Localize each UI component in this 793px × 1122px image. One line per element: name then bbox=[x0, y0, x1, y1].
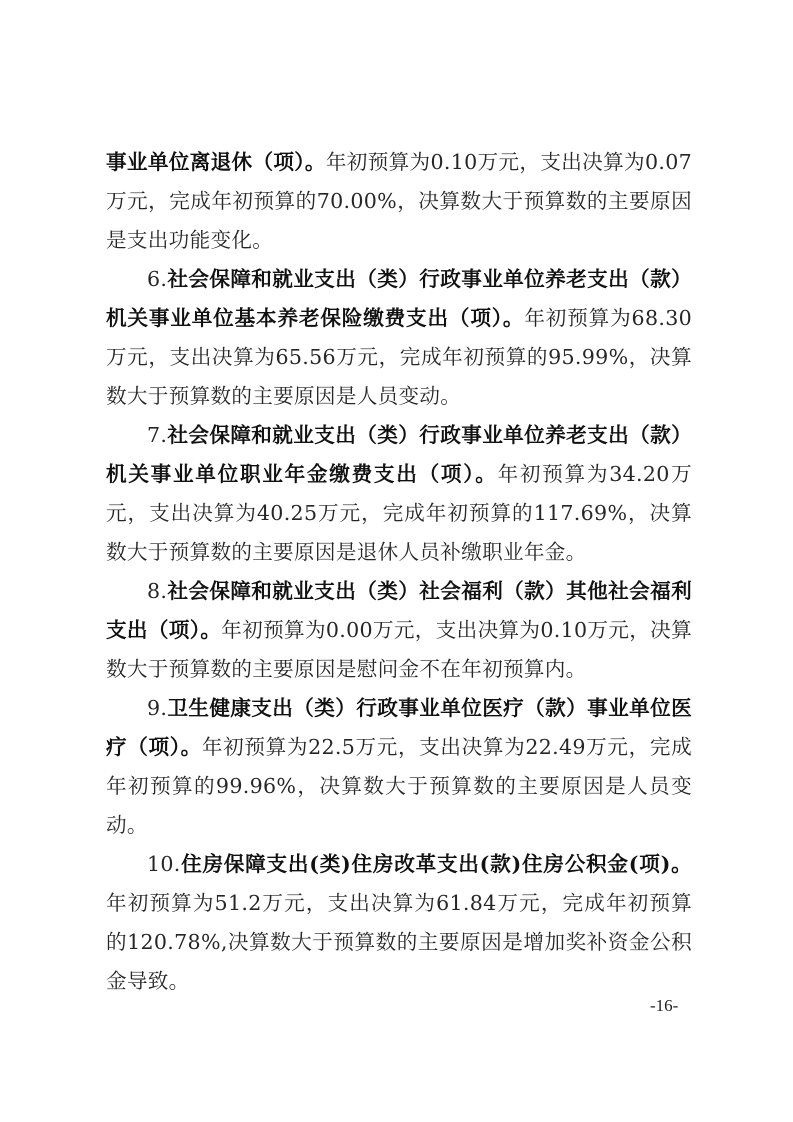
item-number: 7. bbox=[147, 423, 167, 447]
item-number: 8. bbox=[147, 579, 167, 603]
paragraph-item-5-continued: 事业单位离退休（项）。年初预算为0.10万元，支出决算为0.07万元，完成年初预… bbox=[106, 143, 692, 260]
paragraph-item-8: 8.社会保障和就业支出（类）社会福利（款）其他社会福利支出（项）。年初预算为0.… bbox=[106, 572, 692, 689]
item-number: 9. bbox=[147, 696, 167, 720]
item-heading: 事业单位离退休（项）。 bbox=[106, 150, 326, 174]
paragraph-item-9: 9.卫生健康支出（类）行政事业单位医疗（款）事业单位医疗（项）。年初预算为22.… bbox=[106, 689, 692, 845]
paragraph-item-7: 7.社会保障和就业支出（类）行政事业单位养老支出（款）机关事业单位职业年金缴费支… bbox=[106, 416, 692, 572]
item-body: 年初预算为51.2万元，支出决算为61.84万元，完成年初预算的120.78%,… bbox=[106, 891, 692, 993]
item-number: 10. bbox=[147, 852, 181, 876]
item-heading: 住房保障支出(类)住房改革支出(款)住房公积金(项)。 bbox=[181, 852, 692, 876]
paragraph-item-10: 10.住房保障支出(类)住房改革支出(款)住房公积金(项)。年初预算为51.2万… bbox=[106, 845, 692, 1001]
item-number: 6. bbox=[147, 267, 167, 291]
document-page: 事业单位离退休（项）。年初预算为0.10万元，支出决算为0.07万元，完成年初预… bbox=[106, 143, 692, 1001]
paragraph-item-6: 6.社会保障和就业支出（类）行政事业单位养老支出（款）机关事业单位基本养老保险缴… bbox=[106, 260, 692, 416]
page-number: -16- bbox=[650, 996, 678, 1016]
